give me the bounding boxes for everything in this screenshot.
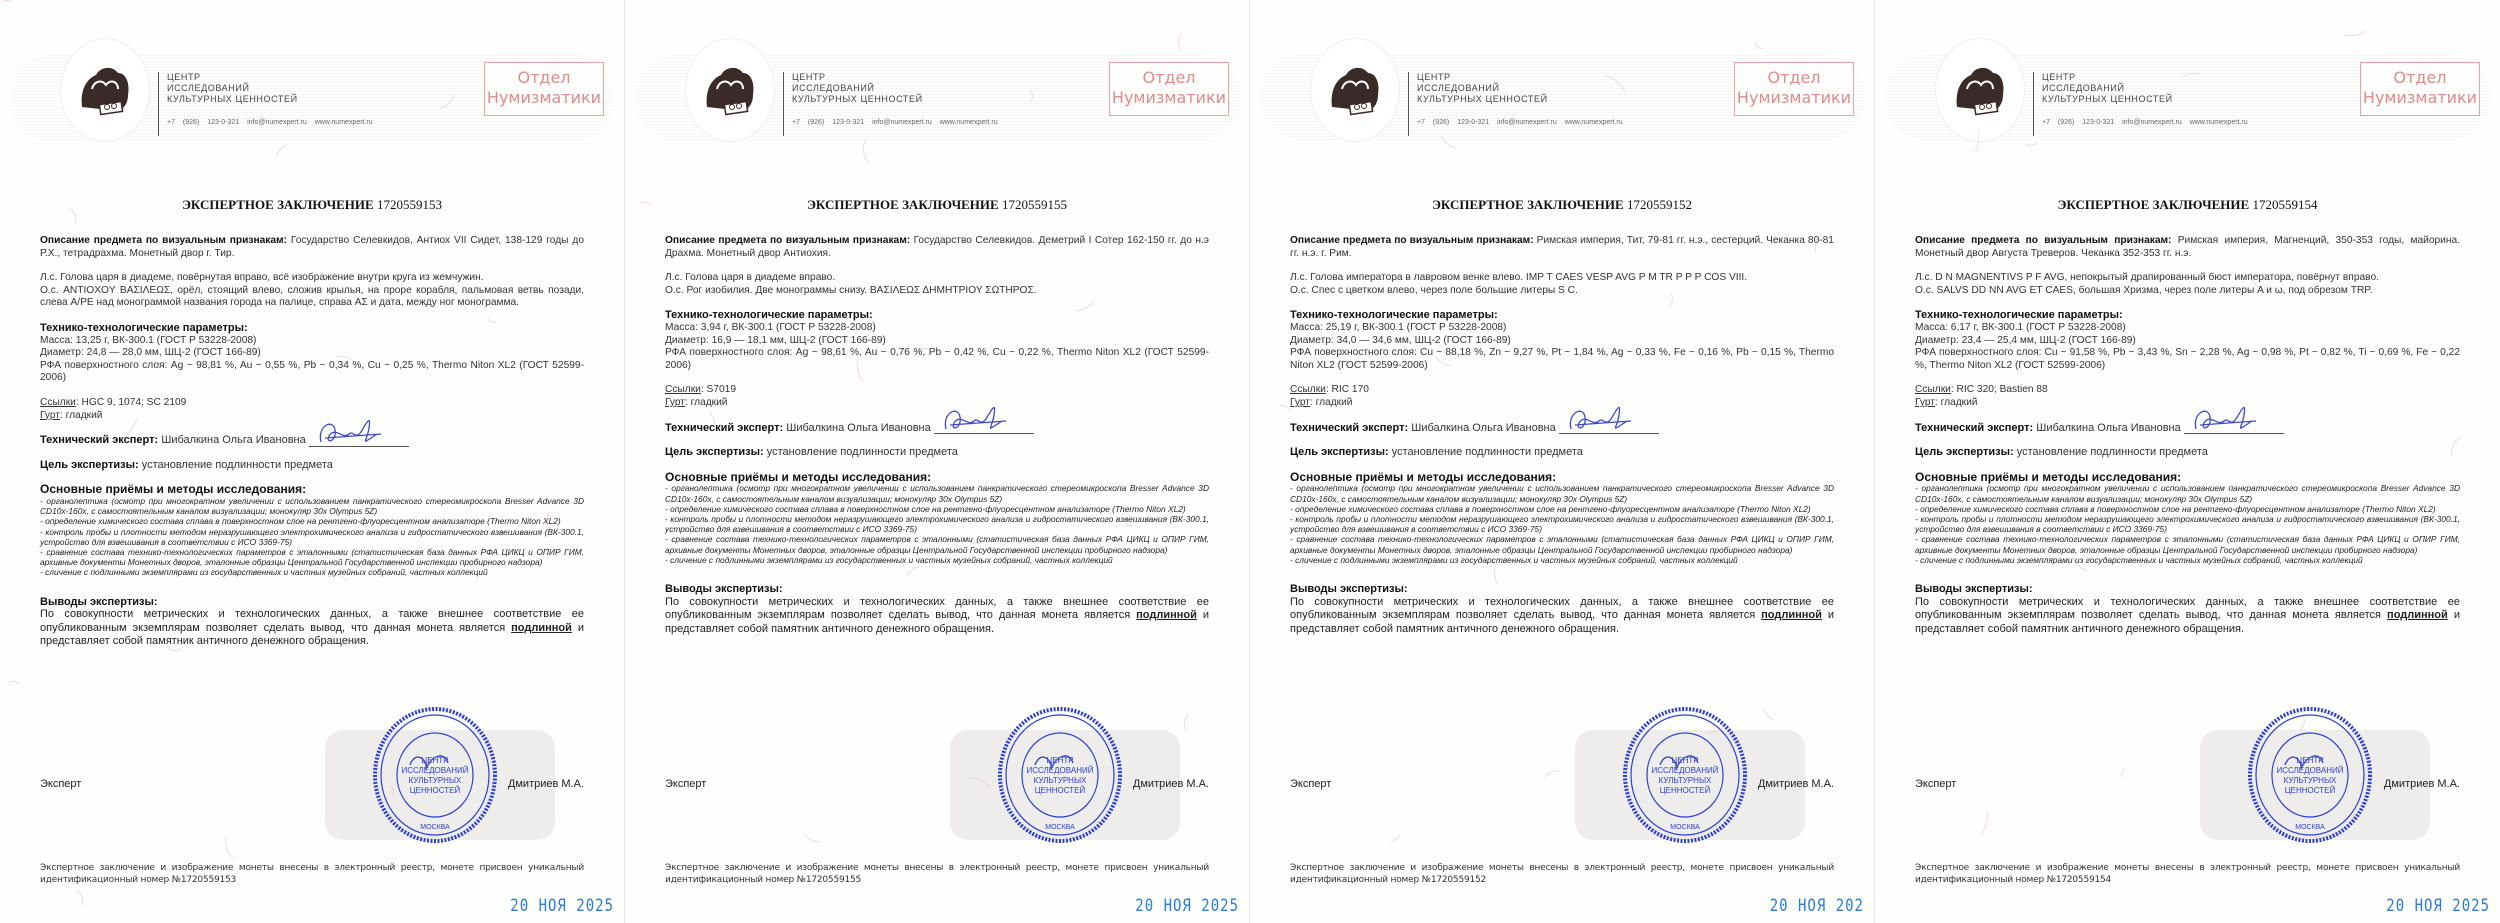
org-name-line-2: ИССЛЕДОВАНИЙ	[1417, 83, 1623, 94]
expert-label: Эксперт	[665, 778, 706, 790]
registry-note: Экспертное заключение и изображение моне…	[1915, 862, 2460, 886]
expert-signoff: Эксперт Дмитриев М.А.	[1915, 778, 2460, 790]
mass: Масса: 6,17 г, ВК-300.1 (ГОСТ Р 53228-20…	[1915, 322, 2460, 335]
methods-block: Основные приёмы и методы исследования: -…	[1290, 471, 1834, 565]
goal-label: Цель экспертизы:	[1290, 446, 1389, 458]
org-name-line-3: КУЛЬТУРНЫХ ЦЕННОСТЕЙ	[1417, 94, 1623, 105]
reverse-text: О.с. ANTIOXOY ΒΑΣΙΛΕΩΣ, орёл, стоящий вл…	[40, 285, 584, 310]
references-value: HGC 9, 1074; SC 2109	[82, 397, 187, 408]
tech-expert: Технический эксперт: Шибалкина Ольга Ива…	[665, 422, 1209, 435]
conclusion-text: По совокупности метрических и технологич…	[40, 608, 584, 649]
org-name-line-1: ЦЕНТР	[1417, 72, 1623, 83]
tech-params: Технико-технологические параметры: Масса…	[1290, 309, 1834, 372]
website: www.numexpert.ru	[940, 119, 998, 126]
edge-label: Гурт	[1290, 397, 1310, 408]
date-stamp: 20 НОЯ 2025	[510, 896, 614, 915]
paper-fiber	[801, 826, 826, 845]
official-seal-icon: ЦЕНТР ИССЛЕДОВАНИЙ КУЛЬТУРНЫХ ЦЕННОСТЕЙ …	[370, 705, 500, 845]
website: www.numexpert.ru	[2190, 119, 2248, 126]
signature-line	[934, 422, 1034, 434]
xrf-composition: РФА поверхностного слоя: Cu ~ 91,58 %, P…	[1915, 347, 2460, 372]
svg-text:МОСКВА: МОСКВА	[1670, 824, 1700, 831]
official-seal-icon: ЦЕНТР ИССЛЕДОВАНИЙ КУЛЬТУРНЫХ ЦЕННОСТЕЙ …	[2245, 705, 2375, 845]
org-name-line-1: ЦЕНТР	[792, 72, 998, 83]
reverse-text: О.с. Спес с цветком влево, через поле бо…	[1290, 285, 1834, 298]
department-stamp: Отдел Нумизматики	[1109, 62, 1229, 116]
svg-text:ИССЛЕДОВАНИЙ: ИССЛЕДОВАНИЙ	[402, 766, 469, 775]
method-item: - органолептика (осмотр при многократном…	[665, 483, 1209, 503]
certificate-body: Описание предмета по визуальным признака…	[1915, 235, 2460, 648]
paper-fiber	[1762, 703, 1781, 723]
methods-block: Основные приёмы и методы исследования: -…	[1915, 471, 2460, 565]
goal: Цель экспертизы: установление подлинност…	[1915, 446, 2460, 459]
tech-params-label: Технико-технологические параметры:	[665, 309, 1209, 322]
date-stamp: 20 НОЯ 202	[1770, 896, 1864, 915]
method-item: - контроль пробы и плотности методом нер…	[40, 527, 584, 547]
methods-label: Основные приёмы и методы исследования:	[1290, 471, 1834, 484]
expert-signoff: Эксперт Дмитриев М.А.	[665, 778, 1209, 790]
method-item: - определение химического состава сплава…	[1290, 504, 1834, 514]
svg-text:МОСКВА: МОСКВА	[1045, 824, 1075, 831]
conclusions-block: Выводы экспертизы: По совокупности метри…	[1290, 583, 1834, 636]
mass: Масса: 25,19 г, ВК-300.1 (ГОСТ Р 53228-2…	[1290, 322, 1834, 335]
conclusions-block: Выводы экспертизы: По совокупности метри…	[1915, 583, 2460, 636]
description-label: Описание предмета по визуальным признака…	[665, 235, 910, 246]
references-label: Ссылки	[1290, 384, 1326, 395]
org-name-line-1: ЦЕНТР	[2042, 72, 2248, 83]
organization-block: ЦЕНТР ИССЛЕДОВАНИЙ КУЛЬТУРНЫХ ЦЕННОСТЕЙ …	[1408, 72, 1623, 136]
date-stamp: 20 НОЯ 2025	[2386, 896, 2490, 915]
organization-block: ЦЕНТР ИССЛЕДОВАНИЙ КУЛЬТУРНЫХ ЦЕННОСТЕЙ …	[2033, 72, 2248, 136]
methods-label: Основные приёмы и методы исследования:	[1915, 471, 2460, 484]
experts-examining-coin-icon	[70, 55, 140, 125]
organization-block: ЦЕНТР ИССЛЕДОВАНИЙ КУЛЬТУРНЫХ ЦЕННОСТЕЙ …	[158, 72, 373, 136]
website: www.numexpert.ru	[1565, 119, 1623, 126]
certificate-number: 1720559152	[1627, 197, 1692, 212]
refs-block: Ссылки: RIC 320; Bastien 88 Гурт: гладки…	[1915, 384, 2460, 409]
title-label: ЭКСПЕРТНОЕ ЗАКЛЮЧЕНИЕ	[182, 197, 374, 212]
method-item: - сравнение состава технико-технологичес…	[1290, 534, 1834, 554]
conclusion-pre: По совокупности метрических и технологич…	[40, 608, 584, 634]
tech-expert-name: Шибалкина Ольга Ивановна	[2036, 422, 2181, 434]
expert-signoff: Эксперт Дмитриев М.А.	[40, 778, 584, 790]
method-item: - сличение с подлинными экземплярами из …	[1915, 555, 2460, 565]
logo-emblem	[685, 38, 775, 142]
tech-params: Технико-технологические параметры: Масса…	[1915, 309, 2460, 372]
reverse-text: О.с. Рог изобилия. Две монограммы снизу.…	[665, 285, 1209, 298]
conclusions-label: Выводы экспертизы:	[665, 583, 1209, 596]
registry-number: 1720559152	[1431, 875, 1486, 885]
certificate-body: Описание предмета по визуальным признака…	[1290, 235, 1834, 648]
coin-sides: Л.с. Голова царя в диадеме вправо. О.с. …	[665, 272, 1209, 297]
date-stamp: 20 НОЯ 2025	[1135, 896, 1239, 915]
references-value: RIC 320; Bastien 88	[1957, 384, 2048, 395]
registry-number: 1720559155	[806, 875, 861, 885]
goal-text: установление подлинности предмета	[1392, 446, 1583, 458]
goal-text: установление подлинности предмета	[767, 446, 958, 458]
references-label: Ссылки	[665, 384, 701, 395]
references: Ссылки: RIC 170	[1290, 384, 1834, 397]
org-name-line-2: ИССЛЕДОВАНИЙ	[2042, 83, 2248, 94]
mass: Масса: 3,94 г, ВК-300.1 (ГОСТ Р 53228-20…	[665, 322, 1209, 335]
diameter: Диаметр: 24,8 — 28,0 мм, ШЦ-2 (ГОСТ 166-…	[40, 347, 584, 360]
title-label: ЭКСПЕРТНОЕ ЗАКЛЮЧЕНИЕ	[1432, 197, 1624, 212]
method-item: - сравнение состава технико-технологичес…	[665, 534, 1209, 554]
signature-line	[1559, 422, 1659, 434]
paper-fiber	[221, 829, 247, 863]
description-label: Описание предмета по визуальным признака…	[1290, 235, 1534, 246]
registry-text: Экспертное заключение и изображение моне…	[1915, 863, 2460, 885]
references-value: S7019	[707, 384, 736, 395]
department-line-2: Нумизматики	[1735, 88, 1853, 108]
department-line-1: Отдел	[1735, 68, 1853, 88]
tech-expert-label: Технический эксперт:	[1915, 422, 2033, 434]
expert-name: Дмитриев М.А.	[1133, 778, 1209, 790]
official-seal-icon: ЦЕНТР ИССЛЕДОВАНИЙ КУЛЬТУРНЫХ ЦЕННОСТЕЙ …	[1620, 705, 1750, 845]
signature-icon	[2190, 399, 2260, 439]
svg-text:ИССЛЕДОВАНИЙ: ИССЛЕДОВАНИЙ	[1652, 766, 1719, 775]
edge-label: Гурт	[665, 397, 685, 408]
registry-note: Экспертное заключение и изображение моне…	[1290, 862, 1834, 886]
expert-name: Дмитриев М.А.	[2384, 778, 2460, 790]
obverse-text: Л.с. Голова императора в лавровом венке …	[1290, 272, 1834, 285]
edge-value: гладкий	[1316, 397, 1353, 408]
department-line-1: Отдел	[2361, 68, 2479, 88]
certificate-title: ЭКСПЕРТНОЕ ЗАКЛЮЧЕНИЕ 1720559154	[1875, 197, 2500, 213]
email: info@numexpert.ru	[1497, 119, 1557, 126]
department-line-1: Отдел	[485, 68, 603, 88]
description-label: Описание предмета по визуальным признака…	[40, 235, 287, 246]
conclusion-pre: По совокупности метрических и технологич…	[665, 596, 1209, 622]
paper-fiber	[1972, 807, 1990, 838]
method-item: - сравнение состава технико-технологичес…	[40, 547, 584, 567]
registry-note: Экспертное заключение и изображение моне…	[665, 862, 1209, 886]
xrf-composition: РФА поверхностного слоя: Cu ~ 88,18 %, Z…	[1290, 347, 1834, 372]
refs-block: Ссылки: RIC 170 Гурт: гладкий	[1290, 384, 1834, 409]
conclusions-label: Выводы экспертизы:	[40, 596, 584, 609]
method-item: - органолептика (осмотр при многократном…	[1290, 483, 1834, 503]
department-stamp: Отдел Нумизматики	[2360, 62, 2480, 116]
edge-value: гладкий	[691, 397, 728, 408]
edge-value: гладкий	[66, 410, 103, 421]
tech-expert-name: Шибалкина Ольга Ивановна	[786, 422, 931, 434]
coin-sides: Л.с. Голова императора в лавровом венке …	[1290, 272, 1834, 297]
phone: +7 (926) 123-0-321	[1417, 119, 1489, 126]
tech-expert-label: Технический эксперт:	[40, 434, 158, 446]
svg-text:МОСКВА: МОСКВА	[420, 824, 450, 831]
conclusion-pre: По совокупности метрических и технологич…	[1290, 596, 1834, 622]
coin-sides: Л.с. D N MAGNENTIVS P F AVG, непокрытый …	[1915, 272, 2460, 297]
conclusion-verdict: подлинной	[1136, 609, 1197, 621]
department-line-2: Нумизматики	[2361, 88, 2479, 108]
paper-fiber	[5, 680, 21, 693]
registry-text: Экспертное заключение и изображение моне…	[40, 863, 584, 885]
paper-fiber	[2338, 18, 2370, 38]
description-label: Описание предмета по визуальным признака…	[1915, 235, 2171, 246]
methods-block: Основные приёмы и методы исследования: -…	[40, 483, 584, 577]
email: info@numexpert.ru	[2122, 119, 2182, 126]
tech-params-label: Технико-технологические параметры:	[1290, 309, 1834, 322]
conclusion-text: По совокупности метрических и технологич…	[1290, 596, 1834, 637]
edge: Гурт: гладкий	[665, 397, 1209, 410]
logo-emblem	[1935, 38, 2025, 142]
conclusion-verdict: подлинной	[511, 622, 572, 634]
method-item: - органолептика (осмотр при многократном…	[1915, 483, 2460, 503]
contacts: +7 (926) 123-0-321 info@numexpert.ru www…	[2042, 119, 2248, 126]
edge: Гурт: гладкий	[1290, 397, 1834, 410]
title-label: ЭКСПЕРТНОЕ ЗАКЛЮЧЕНИЕ	[2058, 197, 2250, 212]
organization-block: ЦЕНТР ИССЛЕДОВАНИЙ КУЛЬТУРНЫХ ЦЕННОСТЕЙ …	[783, 72, 998, 136]
method-item: - контроль пробы и плотности методом нер…	[1915, 514, 2460, 534]
certificate-body: Описание предмета по визуальным признака…	[665, 235, 1209, 648]
method-item: - сличение с подлинными экземплярами из …	[665, 555, 1209, 565]
references: Ссылки: HGC 9, 1074; SC 2109	[40, 397, 584, 410]
methods-label: Основные приёмы и методы исследования:	[40, 483, 584, 496]
methods-list: - органолептика (осмотр при многократном…	[40, 496, 584, 578]
certificate-number: 1720559153	[377, 197, 442, 212]
expert-certificate: ЦЕНТР ИССЛЕДОВАНИЙ КУЛЬТУРНЫХ ЦЕННОСТЕЙ …	[0, 0, 625, 923]
paper-fiber	[1381, 821, 1403, 844]
org-name-line-1: ЦЕНТР	[167, 72, 373, 83]
svg-text:ИССЛЕДОВАНИЙ: ИССЛЕДОВАНИЙ	[2277, 766, 2344, 775]
goal-text: установление подлинности предмета	[142, 459, 333, 471]
logo-emblem	[1310, 38, 1400, 142]
xrf-composition: РФА поверхностного слоя: Ag ~ 98,81 %, A…	[40, 360, 584, 385]
tech-expert: Технический эксперт: Шибалкина Ольга Ива…	[1915, 422, 2460, 435]
logo-emblem	[60, 38, 150, 142]
methods-label: Основные приёмы и методы исследования:	[665, 471, 1209, 484]
svg-text:МОСКВА: МОСКВА	[2295, 824, 2325, 831]
goal: Цель экспертизы: установление подлинност…	[40, 459, 584, 472]
expert-certificate: ЦЕНТР ИССЛЕДОВАНИЙ КУЛЬТУРНЫХ ЦЕННОСТЕЙ …	[1875, 0, 2500, 923]
tech-expert-label: Технический эксперт:	[1290, 422, 1408, 434]
org-name-line-2: ИССЛЕДОВАНИЙ	[167, 83, 373, 94]
org-name-line-2: ИССЛЕДОВАНИЙ	[792, 83, 998, 94]
phone: +7 (926) 123-0-321	[167, 119, 239, 126]
registry-number: 1720559153	[181, 875, 236, 885]
tech-expert: Технический эксперт: Шибалкина Ольга Ива…	[1290, 422, 1834, 435]
conclusion-text: По совокупности метрических и технологич…	[1915, 596, 2460, 637]
experts-examining-coin-icon	[695, 55, 765, 125]
methods-list: - органолептика (осмотр при многократном…	[1915, 483, 2460, 565]
edge-label: Гурт	[1915, 397, 1935, 408]
official-seal-icon: ЦЕНТР ИССЛЕДОВАНИЙ КУЛЬТУРНЫХ ЦЕННОСТЕЙ …	[995, 705, 1125, 845]
method-item: - сравнение состава технико-технологичес…	[1915, 534, 2460, 554]
tech-params: Технико-технологические параметры: Масса…	[40, 322, 584, 385]
conclusion-pre: По совокупности метрических и технологич…	[1915, 596, 2460, 622]
contacts: +7 (926) 123-0-321 info@numexpert.ru www…	[167, 119, 373, 126]
description: Описание предмета по визуальным признака…	[1915, 235, 2460, 260]
signature-icon	[315, 412, 385, 452]
obverse-text: Л.с. Голова царя в диадеме вправо.	[665, 272, 1209, 285]
registry-text: Экспертное заключение и изображение моне…	[1290, 863, 1834, 885]
methods-list: - органолептика (осмотр при многократном…	[1290, 483, 1834, 565]
contacts: +7 (926) 123-0-321 info@numexpert.ru www…	[1417, 119, 1623, 126]
tech-expert-name: Шибалкина Ольга Ивановна	[161, 434, 306, 446]
department-line-1: Отдел	[1110, 68, 1228, 88]
references-value: RIC 170	[1332, 384, 1369, 395]
goal-text: установление подлинности предмета	[2017, 446, 2208, 458]
paper-fiber	[1183, 710, 1203, 737]
registry-number: 1720559154	[2056, 875, 2111, 885]
org-name-line-3: КУЛЬТУРНЫХ ЦЕННОСТЕЙ	[792, 94, 998, 105]
edge-label: Гурт	[40, 410, 60, 421]
references: Ссылки: S7019	[665, 384, 1209, 397]
expert-name: Дмитриев М.А.	[1758, 778, 1834, 790]
conclusions-label: Выводы экспертизы:	[1290, 583, 1834, 596]
expert-certificate: ЦЕНТР ИССЛЕДОВАНИЙ КУЛЬТУРНЫХ ЦЕННОСТЕЙ …	[1250, 0, 1875, 923]
paper-fiber	[0, 0, 14, 10]
edge-value: гладкий	[1941, 397, 1978, 408]
xrf-composition: РФА поверхностного слоя: Ag ~ 98,61 %, A…	[665, 347, 1209, 372]
svg-text:ИССЛЕДОВАНИЙ: ИССЛЕДОВАНИЙ	[1027, 766, 1094, 775]
org-name-line-3: КУЛЬТУРНЫХ ЦЕННОСТЕЙ	[167, 94, 373, 105]
method-item: - сличение с подлинными экземплярами из …	[1290, 555, 1834, 565]
department-line-2: Нумизматики	[1110, 88, 1228, 108]
experts-examining-coin-icon	[1320, 55, 1390, 125]
paper-fiber	[1178, 30, 1194, 54]
paper-fiber	[273, 142, 296, 165]
certificate-title: ЭКСПЕРТНОЕ ЗАКЛЮЧЕНИЕ 1720559155	[625, 197, 1249, 213]
certificate-body: Описание предмета по визуальным признака…	[40, 235, 584, 661]
conclusions-block: Выводы экспертизы: По совокупности метри…	[40, 596, 584, 649]
reverse-text: О.с. SALVS DD NN AVG ET CAES, большая Хр…	[1915, 285, 2460, 298]
conclusion-verdict: подлинной	[1761, 609, 1822, 621]
method-item: - контроль пробы и плотности методом нер…	[1290, 514, 1834, 534]
expert-name: Дмитриев М.А.	[508, 778, 584, 790]
diameter: Диаметр: 16,9 — 18,1 мм, ШЦ-2 (ГОСТ 166-…	[665, 335, 1209, 348]
method-item: - сличение с подлинными экземплярами из …	[40, 567, 584, 577]
registry-text: Экспертное заключение и изображение моне…	[665, 863, 1209, 885]
goal: Цель экспертизы: установление подлинност…	[665, 446, 1209, 459]
description: Описание предмета по визуальным признака…	[665, 235, 1209, 260]
goal-label: Цель экспертизы:	[665, 446, 764, 458]
certificate-number: 1720559155	[1002, 197, 1067, 212]
references-label: Ссылки	[1915, 384, 1951, 395]
website: www.numexpert.ru	[315, 119, 373, 126]
department-stamp: Отдел Нумизматики	[484, 62, 604, 116]
experts-examining-coin-icon	[1945, 55, 2015, 125]
email: info@numexpert.ru	[872, 119, 932, 126]
goal-label: Цель экспертизы:	[1915, 446, 2014, 458]
signature-icon	[1565, 399, 1635, 439]
conclusion-verdict: подлинной	[2387, 609, 2448, 621]
expert-label: Эксперт	[1290, 778, 1331, 790]
department-stamp: Отдел Нумизматики	[1734, 62, 1854, 116]
coin-sides: Л.с. Голова царя в диадеме, повёрнутая в…	[40, 272, 584, 310]
certificate-number: 1720559154	[2252, 197, 2317, 212]
expert-label: Эксперт	[1915, 778, 1956, 790]
goal-label: Цель экспертизы:	[40, 459, 139, 471]
title-label: ЭКСПЕРТНОЕ ЗАКЛЮЧЕНИЕ	[807, 197, 999, 212]
method-item: - определение химического состава сплава…	[1915, 504, 2460, 514]
department-line-2: Нумизматики	[485, 88, 603, 108]
mass: Масса: 13,25 г, ВК-300.1 (ГОСТ Р 53228-2…	[40, 335, 584, 348]
signature-line	[309, 435, 409, 447]
email: info@numexpert.ru	[247, 119, 307, 126]
certificate-title: ЭКСПЕРТНОЕ ЗАКЛЮЧЕНИЕ 1720559152	[1250, 197, 1874, 213]
refs-block: Ссылки: S7019 Гурт: гладкий	[665, 384, 1209, 409]
description: Описание предмета по визуальным признака…	[40, 235, 584, 260]
goal: Цель экспертизы: установление подлинност…	[1290, 446, 1834, 459]
tech-params: Технико-технологические параметры: Масса…	[665, 309, 1209, 372]
signature-line	[2184, 422, 2284, 434]
diameter: Диаметр: 23,4 — 25,4 мм, ШЦ-2 (ГОСТ 166-…	[1915, 335, 2460, 348]
edge: Гурт: гладкий	[1915, 397, 2460, 410]
tech-params-label: Технико-технологические параметры:	[40, 322, 584, 335]
tech-expert-label: Технический эксперт:	[665, 422, 783, 434]
phone: +7 (926) 123-0-321	[2042, 119, 2114, 126]
obverse-text: Л.с. Голова царя в диадеме, повёрнутая в…	[40, 272, 584, 285]
references: Ссылки: RIC 320; Bastien 88	[1915, 384, 2460, 397]
paper-fiber	[1751, 24, 1779, 53]
references-label: Ссылки	[40, 397, 76, 408]
method-item: - определение химического состава сплава…	[40, 516, 584, 526]
conclusions-label: Выводы экспертизы:	[1915, 583, 2460, 596]
document-strip: ЦЕНТР ИССЛЕДОВАНИЙ КУЛЬТУРНЫХ ЦЕННОСТЕЙ …	[0, 0, 2500, 923]
certificate-title: ЭКСПЕРТНОЕ ЗАКЛЮЧЕНИЕ 1720559153	[0, 197, 624, 213]
registry-note: Экспертное заключение и изображение моне…	[40, 862, 584, 886]
obverse-text: Л.с. D N MAGNENTIVS P F AVG, непокрытый …	[1915, 272, 2460, 285]
phone: +7 (926) 123-0-321	[792, 119, 864, 126]
diameter: Диаметр: 34,0 — 34,6 мм, ШЦ-2 (ГОСТ 166-…	[1290, 335, 1834, 348]
expert-certificate: ЦЕНТР ИССЛЕДОВАНИЙ КУЛЬТУРНЫХ ЦЕННОСТЕЙ …	[625, 0, 1250, 923]
signature-icon	[940, 399, 1010, 439]
description: Описание предмета по визуальным признака…	[1290, 235, 1834, 260]
tech-params-label: Технико-технологические параметры:	[1915, 309, 2460, 322]
expert-label: Эксперт	[40, 778, 81, 790]
tech-expert-name: Шибалкина Ольга Ивановна	[1411, 422, 1556, 434]
contacts: +7 (926) 123-0-321 info@numexpert.ru www…	[792, 119, 998, 126]
org-name-line-3: КУЛЬТУРНЫХ ЦЕННОСТЕЙ	[2042, 94, 2248, 105]
method-item: - органолептика (осмотр при многократном…	[40, 496, 584, 516]
paper-fiber	[59, 885, 86, 914]
